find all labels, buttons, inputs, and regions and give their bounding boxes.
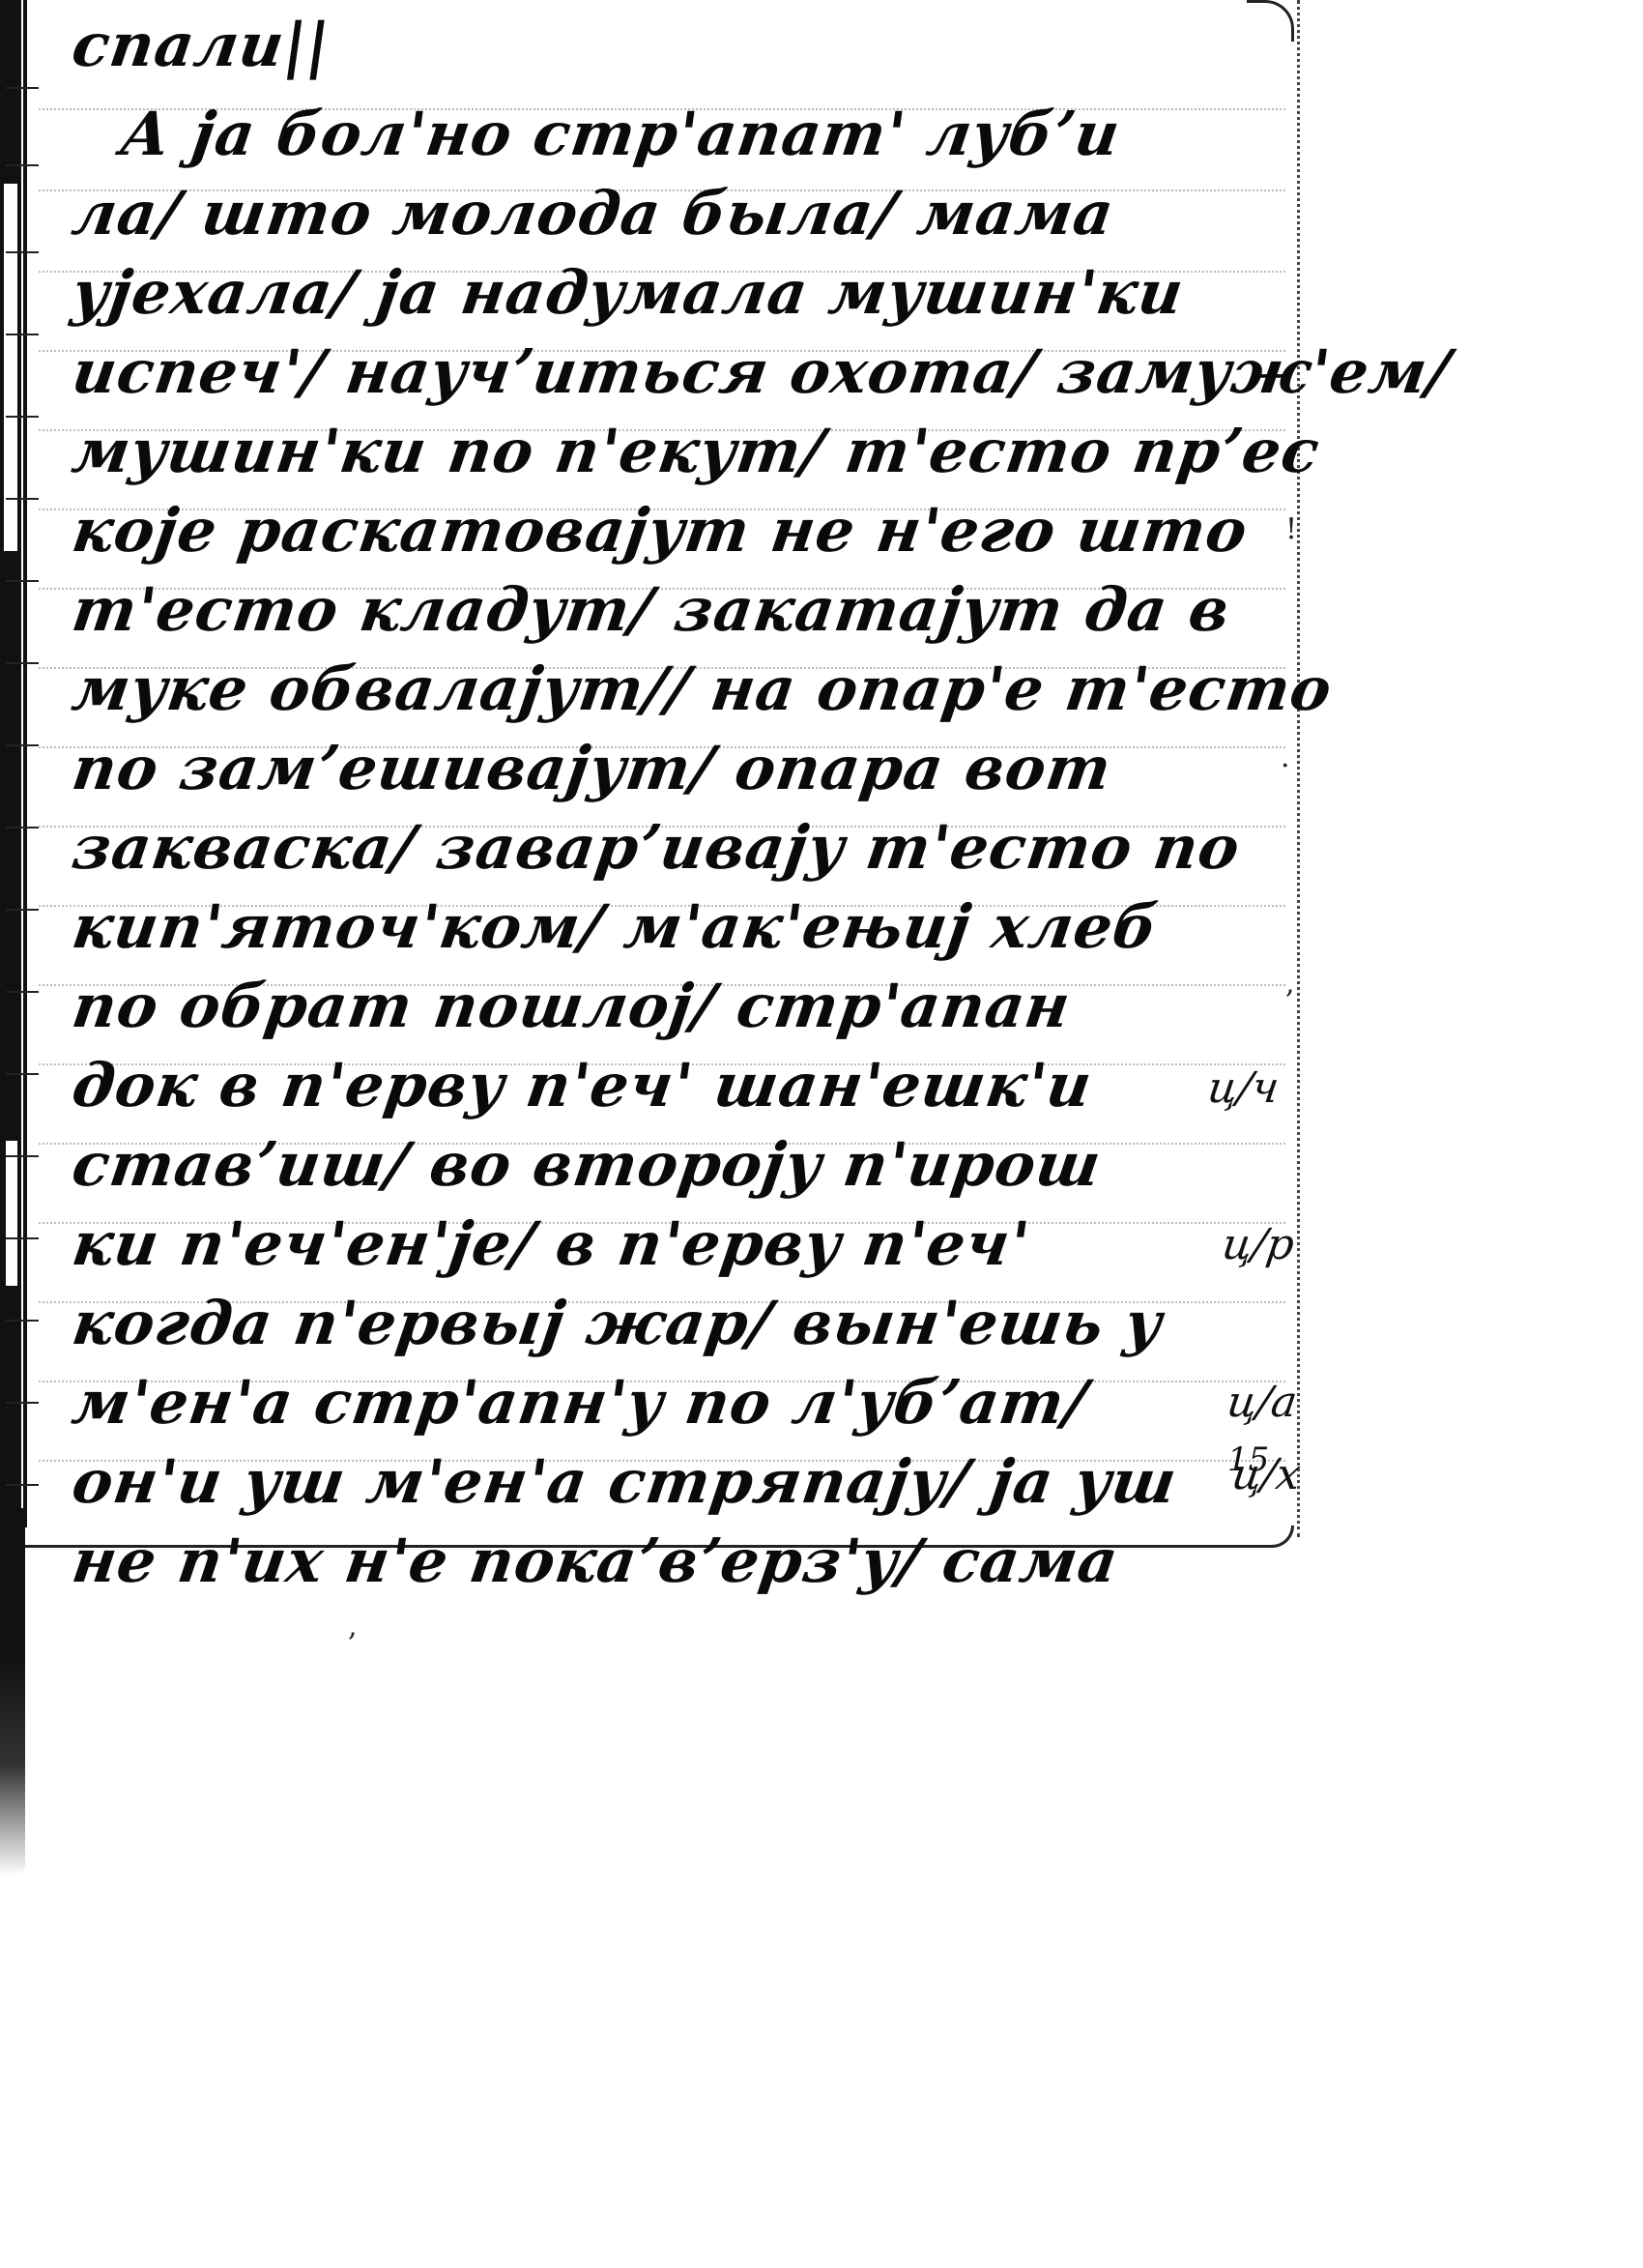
binding-gap [6,1141,17,1286]
ruler-tick [6,251,39,253]
ruler-tick [6,1237,39,1239]
ruler-tick [6,1484,39,1486]
handwritten-line: А ја бол'но стр'апат' лубʼи [116,97,1344,172]
handwritten-line: т'есто кладут/ закатајут да в [68,572,1296,648]
stray-mark: ! [1285,512,1297,546]
binding-gap [4,184,17,551]
ruler-tick [6,991,39,993]
handwritten-line: које раскатовајут не н'его што [68,493,1296,568]
handwritten-line: кип'яточ'ком/ м'ак'ењиј хлеб [68,889,1296,965]
stray-mark: , [1285,967,1295,1001]
ruler-tick [6,662,39,664]
handwritten-line: закваска/ заварʼивају т'есто по [68,810,1296,886]
ruler-tick [6,1073,39,1075]
ruler-tick [6,334,39,335]
handwritten-line: по обрат пошлој/ стр'апан [68,969,1296,1044]
margin-rule [23,0,27,1527]
handwritten-line: ставʼиш/ во второју п'ирош [68,1127,1296,1203]
handwritten-line: спали|| [68,8,1296,83]
handwritten-line: когда п'ервыј жар/ вын'ешь у [68,1286,1296,1361]
handwritten-line: по замʼешивајут/ опара вот [68,731,1296,806]
scanned-page: спали|| А ја бол'но стр'апат' лубʼи ла/ … [0,0,1643,2268]
margin-note: ц/р [1219,1220,1297,1269]
ruler-tick [6,87,39,89]
handwritten-line: испеч'/ научʼиться охота/ замуж'ем/ [68,334,1296,410]
handwritten-line: док в п'ерву п'еч' шан'ешк'и [68,1048,1296,1123]
handwritten-line: он'и уш м'ен'а стряпају/ ја уш [68,1444,1296,1520]
stray-mark: · [1281,749,1290,783]
page-number: 15 [1227,1440,1269,1479]
handwritten-line: ла/ што молода была/ мама [68,176,1296,251]
handwritten-line: м'ен'а стр'апн'у по л'убʼат/ [68,1365,1296,1440]
handwritten-line: ујехала/ ја надумала мушин'ки [68,255,1296,331]
ruler-tick [6,1155,39,1157]
handwritten-line: муке обвалајут// на опар'е т'есто [68,652,1296,727]
ruler-tick [6,498,39,500]
handwritten-line: мушин'ки по п'екут/ т'есто прʼес [68,414,1296,489]
ruler-tick [6,164,39,166]
ruler-tick [6,744,39,746]
handwritten-line: не п'их н'е покаʼвʼерз'у/ сама [68,1524,1296,1599]
handwritten-line: ки п'еч'ен'је/ в п'ерву п'еч' [68,1207,1296,1282]
binding-shadow [0,1508,25,1875]
ruler-tick [6,827,39,829]
ruler-tick [6,1320,39,1322]
stray-mark: , [348,1610,358,1643]
ruler-tick [6,416,39,418]
ruler-tick [6,909,39,911]
ruler-tick [6,580,39,582]
margin-note: ц/ч [1204,1063,1282,1113]
ruler-tick [6,1402,39,1404]
margin-note: ц/а [1224,1378,1300,1427]
